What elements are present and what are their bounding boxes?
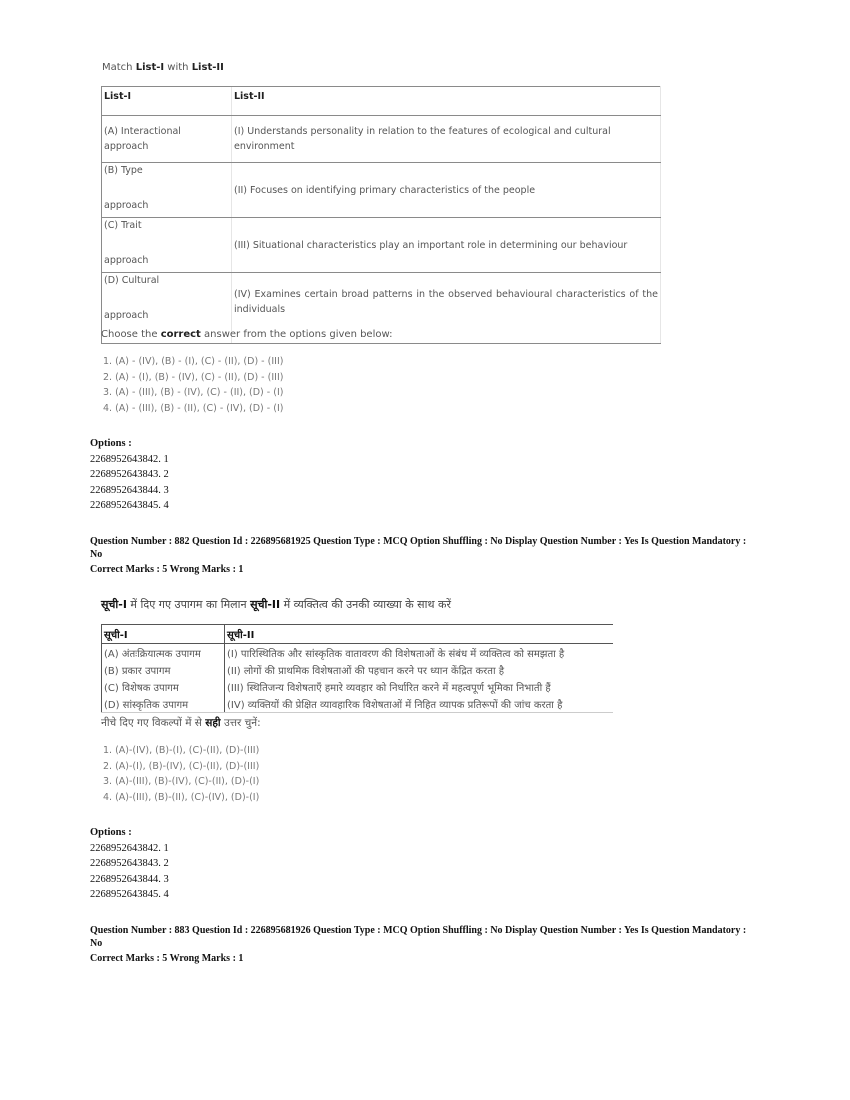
list1-item-line2: approach bbox=[104, 310, 229, 321]
table-header-row: List-I List-II bbox=[102, 87, 661, 116]
option-id: 2268952643844. 3 bbox=[90, 872, 169, 888]
table-row: (D) सांस्कृतिक उपागम (IV) व्यक्तियों की … bbox=[102, 695, 614, 713]
list2-item: (I) पारिस्थितिक और सांस्कृतिक वातावरण की… bbox=[225, 644, 614, 662]
table-row: (A) अंतःक्रियात्मक उपागम (I) पारिस्थितिक… bbox=[102, 644, 614, 662]
intro-text: में व्यक्तित्व की उनकी व्याख्या के साथ क… bbox=[280, 598, 451, 611]
table-row: (C) विशेषक उपागम (III) स्थितिजन्य विशेषत… bbox=[102, 678, 614, 695]
choose-bold: correct bbox=[161, 329, 201, 340]
match-table-english: List-I List-II (A) Interactionalapproach… bbox=[101, 86, 661, 344]
option-id: 2268952643842. 1 bbox=[90, 452, 169, 468]
table-row: (B) प्रकार उपागम (II) लोगों की प्राथमिक … bbox=[102, 661, 614, 678]
intro-list1: सूची-I bbox=[101, 598, 127, 611]
answer-choice: 2. (A) - (I), (B) - (IV), (C) - (II), (D… bbox=[103, 370, 283, 386]
header-list2: List-II bbox=[232, 87, 661, 116]
option-id: 2268952643843. 2 bbox=[90, 856, 169, 872]
options-label: Options : bbox=[90, 436, 169, 452]
list1-item-line1: (B) Type bbox=[104, 165, 229, 176]
list2-item: (III) Situational characteristics play a… bbox=[232, 218, 661, 273]
option-id: 2268952643845. 4 bbox=[90, 887, 169, 903]
intro-text: में दिए गए उपागम का मिलान bbox=[127, 598, 250, 611]
question-meta: Question Number : 883 Question Id : 2268… bbox=[90, 924, 750, 965]
list1-item: (D) सांस्कृतिक उपागम bbox=[102, 695, 225, 713]
list2-item: (III) स्थितिजन्य विशेषताएँ हमारे व्यवहार… bbox=[225, 678, 614, 695]
intro-list2: List-II bbox=[192, 62, 224, 73]
table-row: (B) Typeapproach (II) Focuses on identif… bbox=[102, 163, 661, 218]
answer-choice: 3. (A) - (III), (B) - (IV), (C) - (II), … bbox=[103, 385, 283, 401]
list2-item-text: (II) Focuses on identifying primary char… bbox=[234, 185, 535, 196]
intro-text: Match bbox=[102, 62, 136, 73]
answer-choice: 1. (A) - (IV), (B) - (I), (C) - (II), (D… bbox=[103, 354, 283, 370]
question-meta-line: Question Number : 882 Question Id : 2268… bbox=[90, 535, 750, 561]
question-instruction-hindi: सूची-I में दिए गए उपागम का मिलान सूची-II… bbox=[101, 597, 451, 612]
answer-choices-english: 1. (A) - (IV), (B) - (I), (C) - (II), (D… bbox=[103, 354, 283, 416]
marks-line: Correct Marks : 5 Wrong Marks : 1 bbox=[90, 563, 750, 576]
options-block: Options : 2268952643842. 1 2268952643843… bbox=[90, 825, 169, 903]
list1-item-line2: approach bbox=[104, 141, 148, 152]
table-row: (A) Interactionalapproach (I) Understand… bbox=[102, 116, 661, 163]
header-list1: List-I bbox=[102, 87, 232, 116]
list1-item: (B) प्रकार उपागम bbox=[102, 661, 225, 678]
question-meta-line: Question Number : 883 Question Id : 2268… bbox=[90, 924, 750, 950]
intro-list2: सूची-II bbox=[250, 598, 280, 611]
table-row: (C) Traitapproach (III) Situational char… bbox=[102, 218, 661, 273]
question-meta: Question Number : 882 Question Id : 2268… bbox=[90, 535, 750, 576]
list2-item: (II) लोगों की प्राथमिक विशेषताओं की पहचा… bbox=[225, 661, 614, 678]
list1-item-line2: approach bbox=[104, 255, 229, 266]
answer-choice: 2. (A)-(I), (B)-(IV), (C)-(II), (D)-(III… bbox=[103, 759, 259, 775]
list2-item: (I) Understands personality in relation … bbox=[232, 116, 661, 163]
list1-item-line1: (C) Trait bbox=[104, 220, 229, 231]
option-id: 2268952643844. 3 bbox=[90, 483, 169, 499]
choose-text: answer from the options given below: bbox=[201, 329, 393, 340]
choose-text: Choose the bbox=[101, 329, 161, 340]
choose-text: नीचे दिए गए विकल्पों में से bbox=[101, 717, 205, 729]
list1-item: (C) विशेषक उपागम bbox=[102, 678, 225, 695]
list1-item: (C) Traitapproach bbox=[102, 218, 232, 273]
marks-line: Correct Marks : 5 Wrong Marks : 1 bbox=[90, 952, 750, 965]
answer-choices-hindi: 1. (A)-(IV), (B)-(I), (C)-(II), (D)-(III… bbox=[103, 743, 259, 805]
choose-bold: सही bbox=[205, 717, 220, 729]
options-label: Options : bbox=[90, 825, 169, 841]
header-list2: सूची-II bbox=[225, 625, 614, 644]
list1-item: (A) Interactionalapproach bbox=[102, 116, 232, 163]
intro-list1: List-I bbox=[136, 62, 164, 73]
list1-item: (B) Typeapproach bbox=[102, 163, 232, 218]
answer-choice: 3. (A)-(III), (B)-(IV), (C)-(II), (D)-(I… bbox=[103, 774, 259, 790]
question-instruction: Match List-I with List-II bbox=[102, 62, 224, 73]
option-id: 2268952643845. 4 bbox=[90, 498, 169, 514]
list1-item-line1: (D) Cultural bbox=[104, 275, 229, 286]
choose-instruction: Choose the correct answer from the optio… bbox=[101, 329, 392, 340]
list2-item: (IV) व्यक्तियों की प्रेक्षित व्यावहारिक … bbox=[225, 695, 614, 713]
header-list1: सूची-I bbox=[102, 625, 225, 644]
option-id: 2268952643842. 1 bbox=[90, 841, 169, 857]
intro-text: with bbox=[164, 62, 192, 73]
list1-item: (A) अंतःक्रियात्मक उपागम bbox=[102, 644, 225, 662]
choose-text: उत्तर चुनें: bbox=[221, 717, 261, 729]
answer-choice: 1. (A)-(IV), (B)-(I), (C)-(II), (D)-(III… bbox=[103, 743, 259, 759]
list2-item-text: (III) Situational characteristics play a… bbox=[234, 240, 627, 251]
list1-item-line2: approach bbox=[104, 200, 229, 211]
choose-instruction-hindi: नीचे दिए गए विकल्पों में से सही उत्तर चु… bbox=[101, 716, 261, 730]
options-block: Options : 2268952643842. 1 2268952643843… bbox=[90, 436, 169, 514]
answer-choice: 4. (A) - (III), (B) - (II), (C) - (IV), … bbox=[103, 401, 283, 417]
list2-item: (II) Focuses on identifying primary char… bbox=[232, 163, 661, 218]
match-table-hindi: सूची-I सूची-II (A) अंतःक्रियात्मक उपागम … bbox=[101, 624, 613, 713]
list1-item-line1: (A) Interactional bbox=[104, 126, 181, 137]
option-id: 2268952643843. 2 bbox=[90, 467, 169, 483]
answer-choice: 4. (A)-(III), (B)-(II), (C)-(IV), (D)-(I… bbox=[103, 790, 259, 806]
table-header-row: सूची-I सूची-II bbox=[102, 625, 614, 644]
